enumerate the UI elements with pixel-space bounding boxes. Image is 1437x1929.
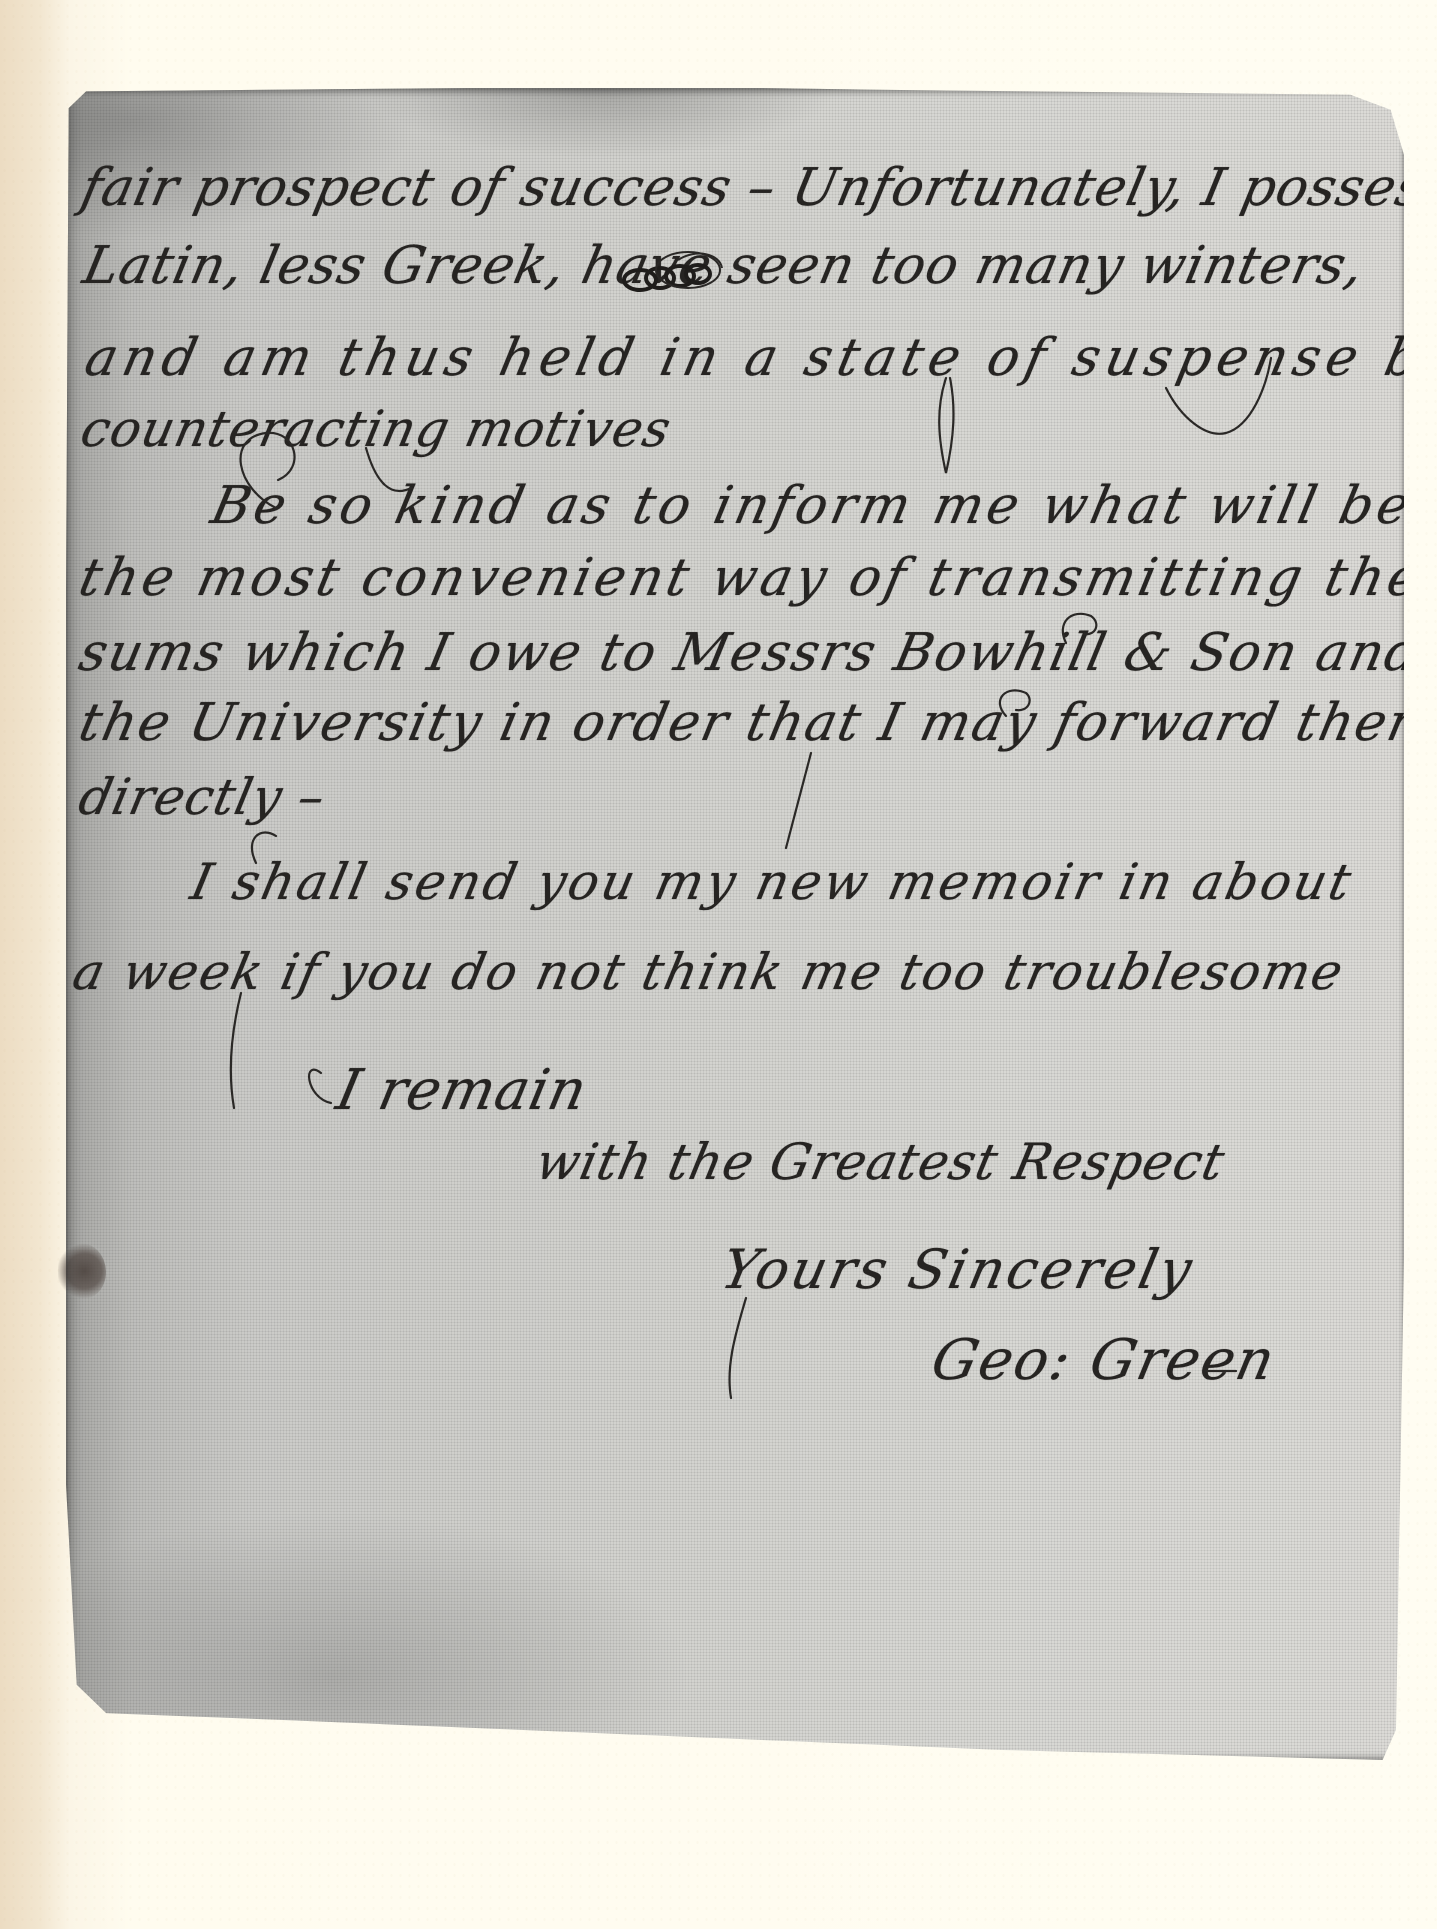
letter-line-2a: Latin, less Greek, have seen too many wi…	[78, 236, 1370, 296]
letter-line-9: directly –	[74, 768, 331, 826]
letter-line-7: sums which I owe to Messrs Bowhill & Son…	[74, 623, 1437, 683]
letter-line-4: counteracting motives	[76, 400, 677, 458]
letter-line-1: fair prospect of success – Unfortunately…	[76, 158, 1437, 218]
letter-line-3: and am thus held in a state of suspense …	[80, 328, 1437, 388]
struck-out-scribble	[618, 248, 738, 298]
letter-line-6: the most convenient way of transmitting …	[74, 548, 1429, 608]
signature: Geo: Green	[926, 1328, 1282, 1393]
letter-line-11: a week if you do not think me too troubl…	[68, 943, 1350, 1001]
closing-i-remain: I remain	[331, 1058, 593, 1123]
letter-line-10: I shall send you my new memoir in about	[186, 853, 1359, 911]
ink-blot	[58, 1243, 106, 1299]
letter-line-8: the University in order that I may forwa…	[74, 693, 1437, 753]
letter-line-2-text: Latin, less Greek, have seen too many wi…	[78, 236, 1370, 296]
letter-sheet: fair prospect of success – Unfortunately…	[66, 88, 1404, 1760]
letter-line-5: Be so kind as to inform me what will be	[206, 476, 1419, 536]
closing-yours-sincerely: Yours Sincerely	[716, 1238, 1200, 1301]
pen-flourishes	[66, 88, 1404, 1760]
closing-greatest-respect: with the Greatest Respect	[531, 1133, 1230, 1191]
